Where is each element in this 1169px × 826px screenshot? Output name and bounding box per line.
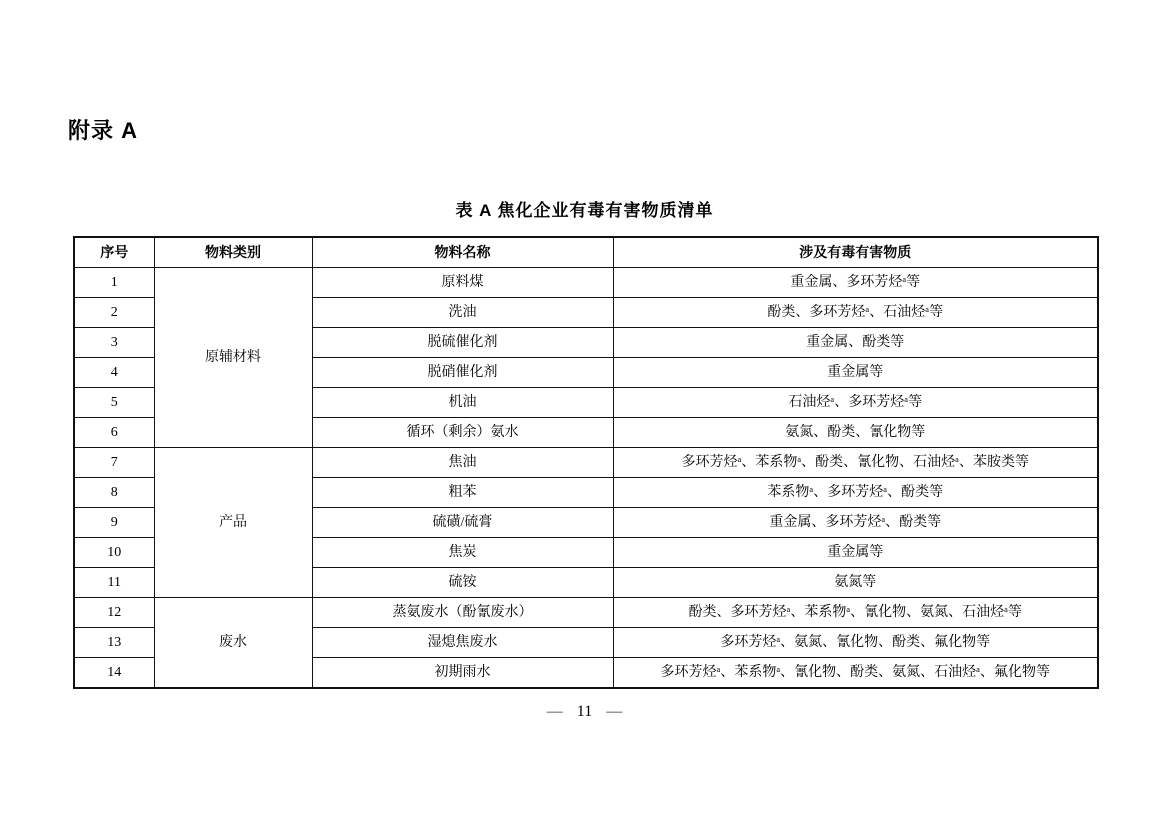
table-header-row: 序号 物料类别 物料名称 涉及有毒有害物质 <box>74 237 1098 268</box>
cell-substances: 多环芳烃ᵃ、氨氮、氰化物、酚类、氟化物等 <box>613 628 1098 658</box>
cell-substances: 氨氮、酚类、氰化物等 <box>613 418 1098 448</box>
cell-material-name: 洗油 <box>312 298 613 328</box>
cell-material-name: 湿熄焦废水 <box>312 628 613 658</box>
cell-material-category: 原辅材料 <box>154 268 312 448</box>
cell-serial-number: 7 <box>74 448 154 478</box>
cell-material-name: 硫铵 <box>312 568 613 598</box>
header-substances: 涉及有毒有害物质 <box>613 237 1098 268</box>
cell-serial-number: 6 <box>74 418 154 448</box>
cell-substances: 苯系物ᵃ、多环芳烃ᵃ、酚类等 <box>613 478 1098 508</box>
cell-material-name: 焦油 <box>312 448 613 478</box>
header-material-name: 物料名称 <box>312 237 613 268</box>
cell-material-name: 硫磺/硫膏 <box>312 508 613 538</box>
footer-right-dash: — <box>606 703 622 720</box>
cell-material-name: 机油 <box>312 388 613 418</box>
header-serial-number: 序号 <box>74 237 154 268</box>
header-material-category: 物料类别 <box>154 237 312 268</box>
cell-material-name: 原料煤 <box>312 268 613 298</box>
cell-serial-number: 10 <box>74 538 154 568</box>
cell-material-name: 蒸氨废水（酚氰废水） <box>312 598 613 628</box>
cell-substances: 酚类、多环芳烃ᵃ、石油烃ᵃ等 <box>613 298 1098 328</box>
cell-material-name: 循环（剩余）氨水 <box>312 418 613 448</box>
table-row: 1原辅材料原料煤重金属、多环芳烃ᵃ等 <box>74 268 1098 298</box>
cell-serial-number: 2 <box>74 298 154 328</box>
cell-material-category: 废水 <box>154 598 312 689</box>
cell-serial-number: 12 <box>74 598 154 628</box>
table-title: 表 A 焦化企业有毒有害物质清单 <box>0 196 1169 221</box>
substances-table: 序号 物料类别 物料名称 涉及有毒有害物质 1原辅材料原料煤重金属、多环芳烃ᵃ等… <box>73 236 1099 689</box>
cell-serial-number: 11 <box>74 568 154 598</box>
cell-material-name: 粗苯 <box>312 478 613 508</box>
cell-material-category: 产品 <box>154 448 312 598</box>
cell-serial-number: 5 <box>74 388 154 418</box>
cell-substances: 氨氮等 <box>613 568 1098 598</box>
cell-substances: 石油烃ᵃ、多环芳烃ᵃ等 <box>613 388 1098 418</box>
cell-serial-number: 1 <box>74 268 154 298</box>
table-body: 1原辅材料原料煤重金属、多环芳烃ᵃ等2洗油酚类、多环芳烃ᵃ、石油烃ᵃ等3脱硫催化… <box>74 268 1098 689</box>
cell-serial-number: 13 <box>74 628 154 658</box>
cell-substances: 多环芳烃ᵃ、苯系物ᵃ、氰化物、酚类、氨氮、石油烃ᵃ、氟化物等 <box>613 658 1098 689</box>
cell-substances: 酚类、多环芳烃ᵃ、苯系物ᵃ、氰化物、氨氮、石油烃ᵃ等 <box>613 598 1098 628</box>
cell-serial-number: 9 <box>74 508 154 538</box>
cell-substances: 重金属、多环芳烃ᵃ、酚类等 <box>613 508 1098 538</box>
cell-material-name: 脱硝催化剂 <box>312 358 613 388</box>
cell-substances: 重金属、酚类等 <box>613 328 1098 358</box>
cell-substances: 重金属等 <box>613 538 1098 568</box>
cell-material-name: 焦炭 <box>312 538 613 568</box>
cell-substances: 多环芳烃ᵃ、苯系物ᵃ、酚类、氰化物、石油烃ᵃ、苯胺类等 <box>613 448 1098 478</box>
appendix-title: 附录 A <box>68 114 138 145</box>
page-footer: —11— <box>0 703 1169 721</box>
cell-material-name: 脱硫催化剂 <box>312 328 613 358</box>
cell-serial-number: 8 <box>74 478 154 508</box>
cell-substances: 重金属、多环芳烃ᵃ等 <box>613 268 1098 298</box>
table-row: 7产品焦油多环芳烃ᵃ、苯系物ᵃ、酚类、氰化物、石油烃ᵃ、苯胺类等 <box>74 448 1098 478</box>
table-row: 12废水蒸氨废水（酚氰废水）酚类、多环芳烃ᵃ、苯系物ᵃ、氰化物、氨氮、石油烃ᵃ等 <box>74 598 1098 628</box>
page-number: 11 <box>577 703 592 720</box>
cell-serial-number: 14 <box>74 658 154 689</box>
cell-material-name: 初期雨水 <box>312 658 613 689</box>
cell-substances: 重金属等 <box>613 358 1098 388</box>
cell-serial-number: 4 <box>74 358 154 388</box>
footer-left-dash: — <box>547 703 563 720</box>
cell-serial-number: 3 <box>74 328 154 358</box>
